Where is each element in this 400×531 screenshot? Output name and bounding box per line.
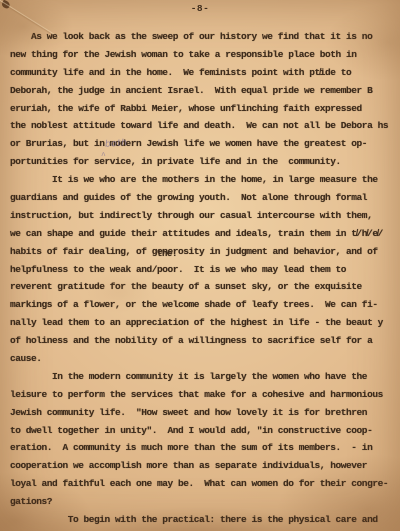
page-number: -8-	[0, 3, 400, 14]
text-line: loyal and faithful each one may be. What…	[10, 475, 396, 493]
text-line: the noblest attitude toward life and dea…	[10, 117, 396, 135]
text-line: we can shape and guide their attitudes a…	[10, 225, 396, 243]
text-line: Deborah, the judge in ancient Israel. Wi…	[10, 82, 396, 100]
text-line: markings of a flower, or the welcome sha…	[10, 296, 396, 314]
text-line: nally lead them to an appreciation of th…	[10, 314, 396, 332]
text-line: eration. A community is much more than t…	[10, 439, 396, 457]
text-line: To begin with the practical: there is th…	[10, 511, 396, 529]
text-line: habits of fair dealing, of generosity in…	[10, 243, 396, 261]
text-line: Jewish community life. "How sweet and ho…	[10, 404, 396, 422]
text-line: or Brurias, but in modern Jewish life we…	[10, 135, 396, 153]
text-line: gations?	[10, 493, 396, 511]
text-line: to dwell together in unity". And I would…	[10, 422, 396, 440]
text-line: As we look back as the sweep of our hist…	[10, 28, 396, 46]
typed-insertion-the: the.	[157, 249, 177, 259]
text-line: reverent gratitude for the beauty of a s…	[10, 278, 396, 296]
text-line: cooperation we accomplish more than as s…	[10, 457, 396, 475]
text-line: new thing for the Jewish woman to take a…	[10, 46, 396, 64]
scanned-page: -8- As we look back as the sweep of our …	[0, 0, 400, 531]
text-line: leisure to perform the services that mak…	[10, 386, 396, 404]
text-line: In the modern community it is largely th…	[10, 368, 396, 386]
handwritten-insertion-both: both	[105, 138, 128, 150]
text-line: community life and in the home. We femin…	[10, 64, 396, 82]
text-line: cause.	[10, 350, 396, 368]
text-line: guardians and guides of the growing yout…	[10, 189, 396, 207]
text-line: of holiness and the nobility of a willin…	[10, 332, 396, 350]
text-line: It is we who are the mothers in the home…	[10, 171, 396, 189]
text-line: helpfulness to the weak and/poor. It is …	[10, 261, 396, 279]
text-line: eruriah, the wife of Rabbi Meier, whose …	[10, 100, 396, 118]
typewritten-text-block: As we look back as the sweep of our hist…	[10, 28, 396, 529]
insertion-caret-mark: ^	[101, 152, 106, 161]
text-line: instruction, but indirectly through our …	[10, 207, 396, 225]
text-line: portunities for service, in private life…	[10, 153, 396, 171]
